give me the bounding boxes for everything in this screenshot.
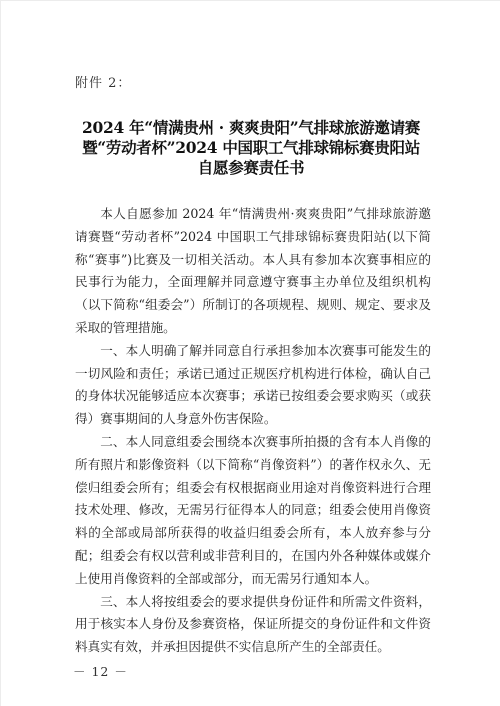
clause-2-paragraph: 二、本人同意组委会围绕本次赛事所拍摄的含有本人肖像的所有照片和影像资料（以下简称… (75, 431, 431, 591)
title-line-3: 自愿参赛责任书 (71, 158, 431, 178)
document-page: 附件 2： 2024 年“情满贵州 · 爽爽贵阳”气排球旅游邀请赛 暨“劳动者杯… (0, 0, 500, 706)
clause-1-paragraph: 一、本人明确了解并同意自行承担参加本次赛事可能发生的一切风险和责任；承诺已通过正… (75, 340, 431, 431)
intro-paragraph: 本人自愿参加 2024 年“情满贵州·爽爽贵阳”气排球旅游邀请赛暨“劳动者杯”2… (75, 203, 431, 340)
page-number: － 12 － (73, 662, 128, 680)
document-body: 本人自愿参加 2024 年“情满贵州·爽爽贵阳”气排球旅游邀请赛暨“劳动者杯”2… (75, 203, 431, 659)
document-title: 2024 年“情满贵州 · 爽爽贵阳”气排球旅游邀请赛 暨“劳动者杯”2024 … (71, 118, 431, 178)
title-line-2: 暨“劳动者杯”2024 中国职工气排球锦标赛贵阳站 (71, 138, 431, 158)
attachment-label: 附件 2： (75, 72, 131, 91)
clause-3-paragraph: 三、本人将按组委会的要求提供身份证件和所需文件资料，用于核实本人身份及参赛资格，… (75, 591, 431, 659)
title-line-1: 2024 年“情满贵州 · 爽爽贵阳”气排球旅游邀请赛 (71, 118, 431, 138)
